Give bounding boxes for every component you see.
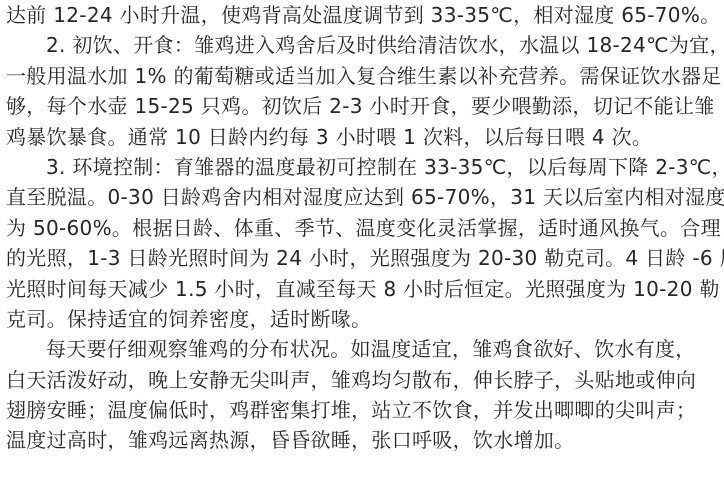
text-line: 克司。保持适宜的饲养密度，适时断喙。 <box>6 304 722 334</box>
text-line: 温度过高时，雏鸡远离热源，昏昏欲睡，张口呼吸，饮水增加。 <box>6 425 722 455</box>
document-page: 达前 12-24 小时升温，使鸡背高处温度调节到 33-35℃，相对湿度 65-… <box>6 0 722 456</box>
text-line-section-2-heading: 2. 初饮、开食：雏鸡进入鸡舍后及时供给清洁饮水，水温以 18-24℃为宜， <box>6 30 722 60</box>
text-line: 光照时间每天减少 1.5 小时，直减至每天 8 小时后恒定。光照强度为 10-2… <box>6 274 722 304</box>
text-line: 直至脱温。0-30 日龄鸡舍内相对湿度应达到 65-70%，31 天以后室内相对… <box>6 182 722 212</box>
text-line: 鸡暴饮暴食。通常 10 日龄内约每 3 小时喂 1 次料，以后每日喂 4 次。 <box>6 122 722 152</box>
text-line-paragraph-start: 每天要仔细观察雏鸡的分布状况。如温度适宜，雏鸡食欲好、饮水有度， <box>6 334 722 364</box>
text-line: 翅膀安睡；温度偏低时，鸡群密集打堆，站立不饮食，并发出唧唧的尖叫声； <box>6 395 722 425</box>
text-line: 够，每个水壶 15-25 只鸡。初饮后 2-3 小时开食，要少喂勤添，切记不能让… <box>6 91 722 121</box>
text-line: 的光照，1-3 日龄光照时间为 24 小时，光照强度为 20-30 勒克司。4 … <box>6 243 722 273</box>
text-line: 为 50-60%。根据日龄、体重、季节、温度变化灵活掌握，适时通风换气。合理 <box>6 213 722 243</box>
text-line: 白天活泼好动，晚上安静无尖叫声，雏鸡均匀散布，伸长脖子，头贴地或伸向 <box>6 365 722 395</box>
text-line-section-3-heading: 3. 环境控制：育雏器的温度最初可控制在 33-35℃，以后每周下降 2-3℃， <box>6 152 722 182</box>
text-line: 达前 12-24 小时升温，使鸡背高处温度调节到 33-35℃，相对湿度 65-… <box>6 0 722 30</box>
text-line: 一般用温水加 1% 的葡萄糖或适当加入复合维生素以补充营养。需保证饮水器足 <box>6 61 722 91</box>
